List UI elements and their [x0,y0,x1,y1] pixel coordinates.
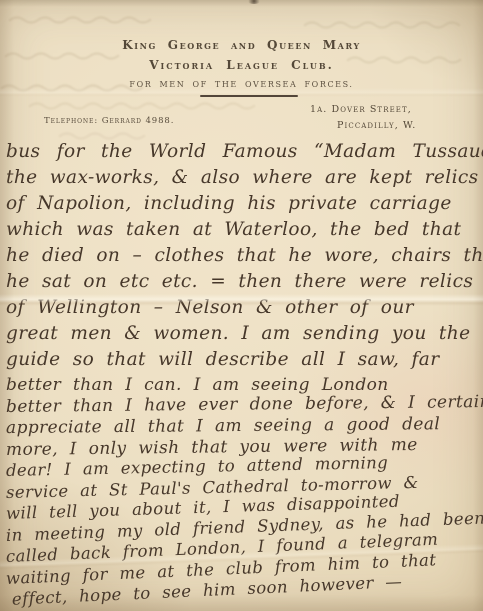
telephone-line: Telephone: Gerrard 4988. [44,116,174,126]
scanned-letter: King George and Queen Mary Victoria Leag… [0,0,483,611]
letterhead-rule [200,95,298,97]
handwritten-line: of Wellington – Nelson & other of our [6,297,483,323]
club-name-line2: Victoria League Club. [0,58,483,72]
address-line2: Piccadilly, W. [337,120,416,131]
club-motto: FOR MEN OF THE OVERSEA FORCES. [0,80,483,89]
handwritten-line: he died on – clothes that he wore, chair… [6,245,483,271]
handwritten-line: guide so that will describe all I saw, f… [6,349,483,375]
handwritten-line: bus for the World Famous “Madam Tussauds… [6,141,483,167]
handwritten-line: of Napolion, including his private carri… [6,193,483,219]
handwritten-line: the wax-works, & also where are kept rel… [6,167,483,193]
address-line1: 1a. Dover Street, [310,104,412,115]
handwritten-line: great men & women. I am sending you the [6,323,483,349]
letterhead: King George and Queen Mary Victoria Leag… [0,38,483,89]
handwritten-line: he sat on etc etc. = then there were rel… [6,271,483,297]
club-name-line1: King George and Queen Mary [0,38,483,52]
handwritten-line: which was taken at Waterloo, the bed tha… [6,219,483,245]
letter-body: bus for the World Famous “Madam Tussauds… [6,141,483,611]
